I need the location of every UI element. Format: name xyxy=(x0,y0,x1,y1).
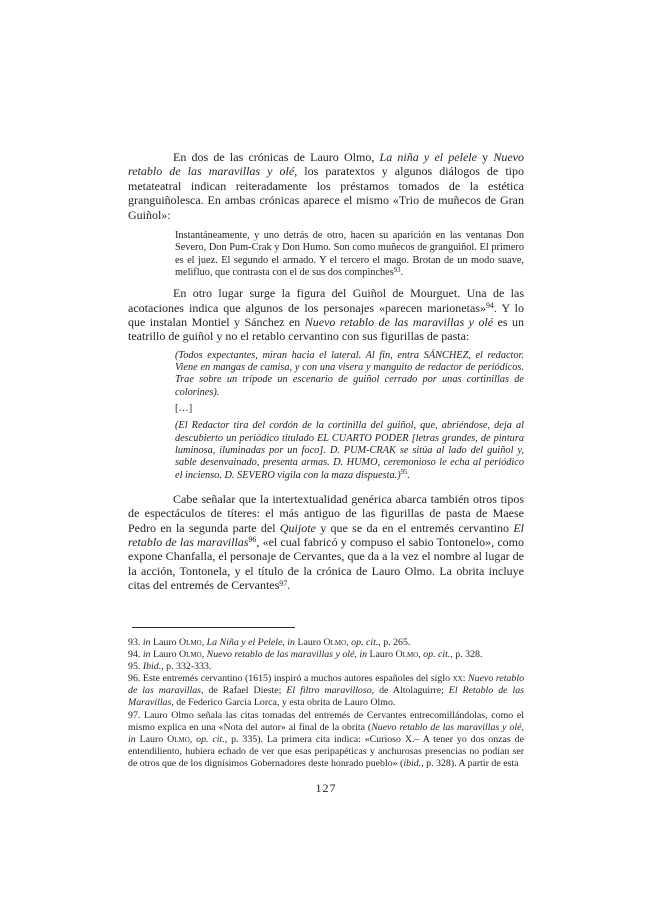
text-run: , p. 328. xyxy=(450,649,482,660)
text-run: ibid. xyxy=(403,758,421,769)
text-run: Instantáneamente, y uno detrás de otro, … xyxy=(175,230,524,278)
text-run: 95 xyxy=(401,469,408,476)
page-body: En dos de las crónicas de Lauro Olmo, La… xyxy=(128,150,524,593)
footnote-separator-rule xyxy=(132,627,295,628)
text-run: Ibid. xyxy=(143,661,161,672)
text-run: in xyxy=(287,637,295,648)
footnote-96: 96. Este entremés cervantino (1615) insp… xyxy=(128,673,524,709)
text-run: 94. xyxy=(128,649,143,660)
text-run: , xyxy=(522,722,524,733)
text-run: , de Rafael Dieste; xyxy=(201,685,286,696)
footnote-area: 93. in Lauro Olmo, La Niña y el Pelele, … xyxy=(128,627,524,770)
text-run: op. cit. xyxy=(351,637,378,648)
paragraph-1: En dos de las crónicas de Lauro Olmo, La… xyxy=(128,150,524,222)
text-run: , p. 328). A partir de esta xyxy=(421,758,518,769)
text-run: in xyxy=(128,734,136,745)
text-run: Quijote xyxy=(280,521,316,535)
text-run: xx xyxy=(453,673,463,684)
text-run: […] xyxy=(175,403,192,414)
text-run: Lauro xyxy=(295,637,324,648)
text-run: 93 xyxy=(394,267,401,274)
text-run: Nuevo retablo de las maravillas y olé xyxy=(305,315,493,329)
text-run: Lauro xyxy=(151,649,180,660)
text-run: in xyxy=(359,649,367,660)
text-run: Olmo xyxy=(396,649,419,660)
text-run: in xyxy=(143,637,151,648)
text-run: , p. 265. xyxy=(378,637,410,648)
footnote-94: 94. in Lauro Olmo, Nuevo retablo de las … xyxy=(128,649,524,661)
text-run: 96 xyxy=(248,535,256,544)
page-number: 127 xyxy=(128,781,524,796)
text-run: , de Federico García Lorca, y esta obrit… xyxy=(171,697,395,708)
text-run: , p. 332-333. xyxy=(161,661,211,672)
text-run: (El Redactor tira del cordón de la corti… xyxy=(175,420,524,480)
document-page: En dos de las crónicas de Lauro Olmo, La… xyxy=(0,0,650,920)
text-run: La niña y el pelele xyxy=(380,150,477,164)
text-run: Nuevo retablo de las maravillas y olé xyxy=(207,649,355,660)
footnote-97: 97. Lauro Olmo señala las citas tomadas … xyxy=(128,710,524,770)
text-run: (Todos expectantes, miran hacia el later… xyxy=(175,350,524,398)
text-run: 93. xyxy=(128,637,143,648)
text-run: Olmo xyxy=(167,734,190,745)
block-quote-stage-direction-1: (Todos expectantes, miran hacia el later… xyxy=(175,350,524,399)
text-run: 94 xyxy=(486,301,494,310)
block-quote-stage-direction-2: (El Redactor tira del cordón de la corti… xyxy=(175,420,524,481)
text-run: Olmo xyxy=(324,637,347,648)
text-run: Lauro xyxy=(367,649,396,660)
text-run: 96. Este entremés cervantino (1615) insp… xyxy=(128,673,453,684)
text-run: Olmo xyxy=(179,637,202,648)
footnote-95: 95. Ibid., p. 332-333. xyxy=(128,661,524,673)
text-run: La Niña y el Pelele xyxy=(207,637,283,648)
text-run: En otro lugar surge la figura del Guiñol… xyxy=(128,286,524,314)
text-run: 95. xyxy=(128,661,143,672)
text-run: y xyxy=(477,150,493,164)
text-run: 97 xyxy=(279,579,287,588)
text-run: y que se da en el entremés cervantino xyxy=(316,521,513,535)
paragraph-3: Cabe señalar que la intertextualidad gen… xyxy=(128,492,524,593)
footnote-93: 93. in Lauro Olmo, La Niña y el Pelele, … xyxy=(128,637,524,649)
text-run: in xyxy=(143,649,151,660)
paragraph-2: En otro lugar surge la figura del Guiñol… xyxy=(128,286,524,344)
text-run: En dos de las crónicas de Lauro Olmo, xyxy=(173,150,380,164)
ellipsis-marker: […] xyxy=(175,403,524,415)
text-run: op. cit. xyxy=(196,734,225,745)
text-run: El filtro maravilloso xyxy=(286,685,371,696)
text-run: Nuevo retablo de las maravillas y olé xyxy=(371,722,521,733)
text-run: Lauro xyxy=(136,734,167,745)
text-run: Olmo xyxy=(179,649,202,660)
text-run: Lauro xyxy=(151,637,180,648)
block-quote-trio-munecos: Instantáneamente, y uno detrás de otro, … xyxy=(175,230,524,279)
text-run: , de Altolaguirre; xyxy=(372,685,449,696)
text-run: . xyxy=(407,470,410,481)
text-run: . xyxy=(287,578,290,592)
text-run: op. cit. xyxy=(423,649,450,660)
